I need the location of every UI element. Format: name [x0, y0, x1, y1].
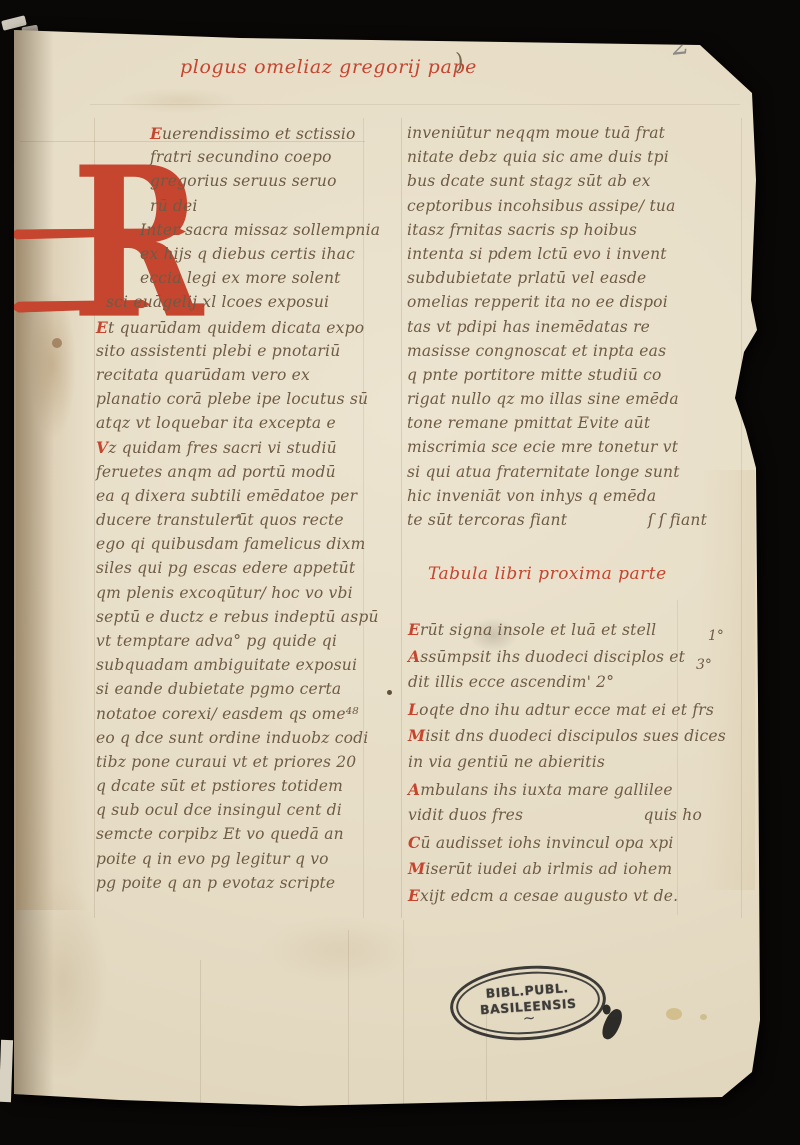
manuscript-line: Ambulans ihs iuxta mare gallilee	[408, 780, 738, 807]
manuscript-line: hic inveniāt von inhys q emēda	[407, 487, 743, 511]
crease	[200, 960, 201, 1105]
book-edge-sliver	[0, 1040, 13, 1102]
crease	[403, 920, 404, 1105]
manuscript-line: Assūmpsit ihs duodeci disciplos et	[408, 647, 738, 674]
rubricated-initial: A	[408, 780, 420, 799]
rubricated-initial: C	[408, 833, 421, 852]
manuscript-line: vt temptare adva° pg quide qi	[96, 632, 394, 656]
manuscript-line: q sub ocul dce insingul cent di	[96, 801, 394, 825]
binding-gutter-shadow	[14, 28, 54, 1098]
manuscript-line: ducere transtulerūt quos recte	[96, 511, 394, 535]
manuscript-line: Inter sacra missaz sollempnia	[140, 221, 394, 245]
manuscript-line: qm plenis excoqūtur/ hoc vo vbi	[96, 584, 394, 608]
rubricated-initial: M	[408, 859, 425, 878]
manuscript-line: subquadam ambiguitate exposui	[96, 656, 394, 680]
fox-spot	[700, 1014, 707, 1020]
manuscript-line: tas vt pdipi has inemēdatas re	[407, 318, 743, 342]
manuscript-line: bus dcate sunt stagz sūt ab ex	[407, 172, 743, 196]
rubricated-initial: E	[96, 318, 108, 337]
rubricated-initial: L	[408, 700, 419, 719]
right-text-column: inveniūtur neqqm moue tuā fratnitate deb…	[407, 124, 743, 535]
manuscript-line: septū e ductz e rebus indeptū aspū	[96, 608, 394, 632]
manuscript-line: miscrimia sce ecie mre tonetur vt	[407, 438, 743, 462]
stamp-flourish: ∼	[522, 1014, 535, 1024]
page-heading-rubric: plogus omeliaz gregorij pape	[180, 56, 477, 78]
ruling-line	[90, 104, 740, 105]
manuscript-line: planatio corā plebe ipe locutus sū	[96, 390, 394, 414]
line-tail-note: ſ ſ fiant	[648, 511, 707, 529]
manuscript-line: Misit dns duodeci discipulos sues dices	[408, 726, 738, 753]
manuscript-line: atqz vt loquebar ita excepta e	[96, 414, 394, 438]
manuscript-line: recitata quarūdam vero ex	[96, 366, 394, 390]
rubricated-initial: A	[408, 647, 420, 666]
manuscript-line: fratri secundino coepo	[150, 148, 394, 172]
manuscript-line: Euerendissimo et sctissio	[150, 124, 394, 148]
rubricated-initial: V	[96, 438, 108, 457]
manuscript-line: ſ ſ fiantte sūt tercoras fiant	[407, 511, 743, 535]
manuscript-page: plogus omeliaz gregorij pape ) 2 R Euere…	[0, 0, 800, 1145]
tabula-heading: Tabula libri proxima parte	[428, 564, 667, 584]
manuscript-line: in via gentiū ne abieritis	[408, 753, 738, 780]
stain	[260, 915, 420, 985]
manuscript-line: sci euāgelij xl lcoes exposui	[106, 293, 394, 317]
manuscript-line: rū dei	[150, 197, 394, 221]
rubricated-initial: M	[408, 726, 425, 745]
manuscript-line: ego qi quibusdam famelicus dixm	[96, 535, 394, 559]
manuscript-line: tibz pone curaui vt et priores 20	[96, 753, 394, 777]
manuscript-line: ceptoribus incohsibus assipe/ tua	[407, 197, 743, 221]
manuscript-line: tone remane pmittat Evite aūt	[407, 414, 743, 438]
manuscript-line: eccia legi ex more solent	[140, 269, 394, 293]
manuscript-line: omelias repperit ita no ee dispoi	[407, 293, 743, 317]
manuscript-line: sito assistenti plebi e pnotariū	[96, 342, 394, 366]
manuscript-line: notatoe corexi/ easdem qs ome⁴⁸	[96, 705, 394, 729]
manuscript-line: Erūt signa insole et luā et stell	[408, 620, 738, 647]
manuscript-line: eo q dce sunt ordine induobz codi	[96, 729, 394, 753]
crease	[348, 930, 349, 1105]
manuscript-line: Loqte dno ihu adtur ecce mat ei et frs	[408, 700, 738, 727]
photograph-background: plogus omeliaz gregorij pape ) 2 R Euere…	[0, 0, 800, 1145]
fox-spot	[666, 1008, 682, 1020]
rubricated-initial: E	[408, 620, 420, 639]
manuscript-line: feruetes anqm ad portū modū	[96, 463, 394, 487]
manuscript-line: Et quarūdam quidem dicata expo	[96, 318, 394, 342]
manuscript-line: quis hovidit duos fres	[408, 806, 738, 833]
manuscript-line: intenta si pdem lctū evo i invent	[407, 245, 743, 269]
rubricated-initial: E	[150, 124, 162, 143]
manuscript-line: itasz frnitas sacris sp hoibus	[407, 221, 743, 245]
stain	[120, 88, 240, 114]
manuscript-line: siles qui pg escas edere appetūt	[96, 559, 394, 583]
library-stamp: BIBL.PUBL. BASILEENSIS ∼	[448, 961, 609, 1046]
manuscript-line: poite q in evo pg legitur q vo	[96, 850, 394, 874]
manuscript-line: inveniūtur neqqm moue tuā frat	[407, 124, 743, 148]
manuscript-line: ex hijs q diebus certis ihac	[140, 245, 394, 269]
rubricated-initial: E	[408, 886, 420, 905]
manuscript-line: q dcate sūt et pstiores totidem	[96, 777, 394, 801]
manuscript-line: Miserūt iudei ab irlmis ad iohem	[408, 859, 738, 886]
folio-number-pencil: 2	[670, 27, 691, 62]
manuscript-line: si eande dubietate pgmo certa	[96, 680, 394, 704]
left-text-column: Euerendissimo et sctissiofratri secundin…	[96, 124, 394, 898]
margin-numeral: 1°	[708, 628, 724, 644]
manuscript-line: pg poite q an p evotaz scripte	[96, 874, 394, 898]
manuscript-line: gregorius seruus seruo	[150, 172, 394, 196]
manuscript-line: si qui atua fraternitate longe sunt	[407, 463, 743, 487]
page-wrapper: plogus omeliaz gregorij pape ) 2 R Euere…	[0, 0, 800, 1145]
ruling-line	[401, 118, 402, 918]
manuscript-line: dit illis ecce ascendim' 2°	[408, 673, 738, 700]
margin-numeral: 3°	[696, 657, 712, 673]
manuscript-line: rigat nullo qz mo illas sine emēda	[407, 390, 743, 414]
manuscript-line: semcte corpibz Et vo quedā an	[96, 825, 394, 849]
manuscript-line: ea q dixera subtili emēdatoe per	[96, 487, 394, 511]
manuscript-line: Cū audisset iohs invincul opa xpi	[408, 833, 738, 860]
tabula-list: Erūt signa insole et luā et stellAssūmps…	[408, 620, 738, 913]
manuscript-line: Vz quidam fres sacri vi studiū	[96, 438, 394, 462]
manuscript-line: q pnte portitore mitte studiū co	[407, 366, 743, 390]
scribal-mark: )	[455, 50, 464, 75]
manuscript-line: nitate debz quia sic ame duis tpi	[407, 148, 743, 172]
manuscript-line: Exijt edcm a cesae augusto vt de.	[408, 886, 738, 913]
line-tail-note: quis ho	[644, 806, 702, 824]
manuscript-line: subdubietate prlatū vel easde	[407, 269, 743, 293]
manuscript-line: masisse congnoscat et inpta eas	[407, 342, 743, 366]
